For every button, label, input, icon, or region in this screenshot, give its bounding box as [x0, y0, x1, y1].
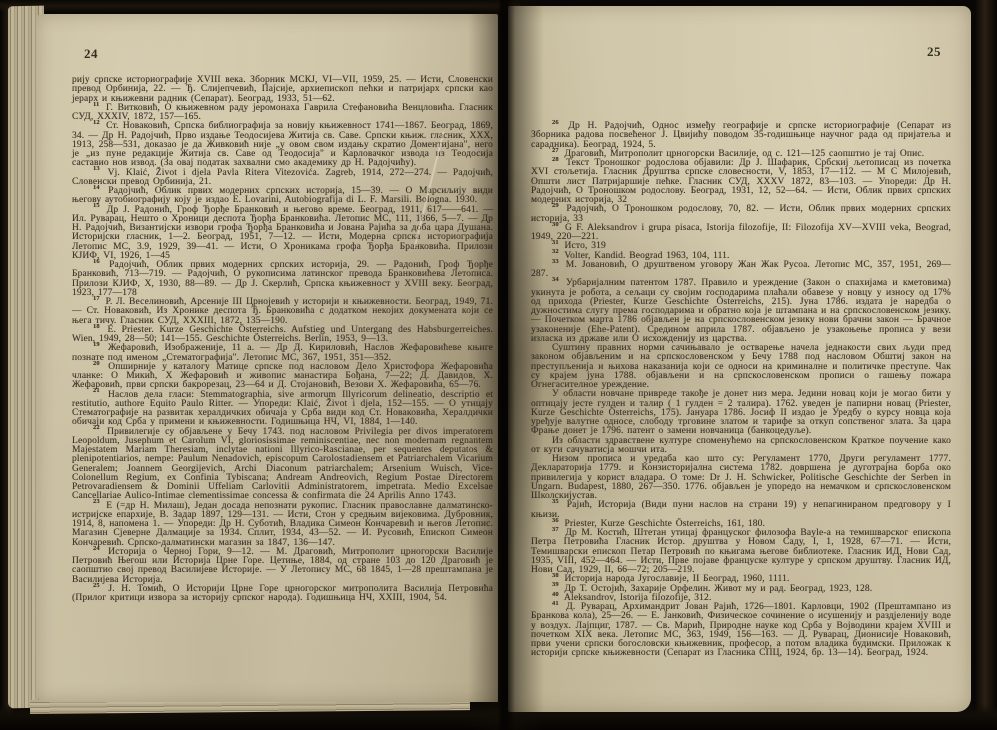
- footnote-number: 13: [93, 165, 100, 172]
- footnote-number: 16: [93, 258, 100, 265]
- book-cover-edge-right: [975, 0, 997, 730]
- footnote-paragraph: 33 М. Јовановић, О друштвеном уговору Жа…: [531, 261, 951, 280]
- footnote-number: 17: [93, 295, 100, 302]
- footnote-paragraph: 35 Рајић, Историја (Види пуни наслов на …: [531, 501, 951, 520]
- footnote-number: 24: [93, 545, 100, 552]
- footnote-paragraph: 21 Наслов дела гласи: Stemmatographia, s…: [72, 391, 493, 428]
- page-number-right: 25: [927, 44, 941, 60]
- footnote-number: 27: [552, 147, 559, 154]
- footnote-number: 36: [552, 517, 559, 524]
- body-paragraph: Суштину правних норми сачињавало је оств…: [531, 344, 951, 390]
- footnotes-column-right: 26 Др Н. Радојчић, Однос између географи…: [531, 122, 951, 659]
- footnote-number: 15: [93, 202, 100, 209]
- book-cover-edge-top: [0, 0, 520, 12]
- footnote-paragraph: 26 Др Н. Радојчић, Однос између географи…: [531, 122, 951, 150]
- footnote-number: 18: [93, 323, 100, 330]
- footnote-number: 25: [93, 582, 100, 589]
- body-paragraph: У области новчане привреде такође је дон…: [531, 390, 951, 436]
- footnote-paragraph: 37 Др М. Костић, Штетан утицај француско…: [531, 529, 951, 575]
- footnote-paragraph: 20 Опширније у каталогу Матице српске по…: [72, 363, 493, 391]
- footnote-paragraph: 23 Е (=др Н. Милаш), Један досада непозн…: [72, 502, 493, 548]
- footnote-number: 31: [552, 239, 559, 246]
- footnote-number: 35: [552, 498, 559, 505]
- page-number-left: 24: [84, 46, 98, 62]
- page-left: 24 рију српске историографије XVIII века…: [36, 14, 498, 702]
- footnote-paragraph: 11 Г. Витковић, О књижевном раду јеромон…: [72, 104, 493, 123]
- gutter-crease: [499, 0, 506, 730]
- footnote-paragraph: 18 E. Priester. Kurze Geschichte Österre…: [72, 326, 493, 345]
- footnote-number: 41: [552, 600, 559, 607]
- footnote-number: 38: [552, 572, 559, 579]
- footnote-number: 19: [93, 341, 100, 348]
- book-scan: 24 рију српске историографије XVIII века…: [0, 0, 997, 730]
- footnote-number: 40: [552, 591, 559, 598]
- footnote-number: 39: [552, 581, 559, 588]
- footnote-number: 14: [93, 184, 100, 191]
- footnote-number: 26: [552, 119, 559, 126]
- body-paragraph: рију српске историографије XVIII века. З…: [72, 76, 493, 104]
- footnote-number: 12: [93, 119, 100, 126]
- footnote-paragraph: 19 Жефаровић, Изображеније, 11 а. — Др Д…: [72, 344, 493, 363]
- footnote-paragraph: 41 Д. Руварац, Архимандрит Јован Рајић, …: [531, 603, 951, 659]
- body-paragraph: Из области здравствене културе споменуће…: [531, 437, 951, 456]
- body-paragraph: Низом прописа и уредаба као што су: Регу…: [531, 455, 951, 501]
- footnote-number: 20: [93, 360, 100, 367]
- footnote-paragraph: 29 Радојчић, О Троношком родослову, 70, …: [531, 205, 951, 224]
- footnote-number: 29: [552, 202, 559, 209]
- footnote-paragraph: 12 Ст. Новаковић, Српска библиографија з…: [72, 122, 493, 168]
- footnote-paragraph: 34 Урбаријалним патентом 1787. Правило и…: [531, 279, 951, 344]
- footnote-number: 28: [552, 156, 559, 163]
- footnotes-column-left: рију српске историографије XVIII века. З…: [72, 76, 493, 603]
- footnote-paragraph: 24 Историја о Черној Гори, 9—12. — М. Др…: [72, 548, 493, 585]
- footnote-number: 37: [552, 526, 559, 533]
- footnote-paragraph: 25 Ј. Н. Томић, О Историји Црне Горе црн…: [72, 585, 493, 604]
- page-right: 25 26 Др Н. Радојчић, Однос између геогр…: [508, 6, 971, 712]
- footnote-paragraph: 17 Р. Л. Веселиновић, Арсеније III Црној…: [72, 298, 493, 326]
- footnote-paragraph: 28 Текст Троношког родослова објавили: Д…: [531, 159, 951, 205]
- footnote-paragraph: 15 Др Ј. Радонић, Гроф Ђорђе Бранковић и…: [72, 206, 493, 262]
- footnote-number: 34: [552, 276, 559, 283]
- footnote-number: 30: [552, 221, 559, 228]
- footnote-number: 32: [552, 248, 559, 255]
- footnote-number: 22: [93, 424, 100, 431]
- footnote-number: 11: [93, 101, 99, 108]
- footnote-paragraph: 16 Радојчић, Облик првих модерних српски…: [72, 261, 493, 298]
- footnote-number: 33: [552, 258, 559, 265]
- footnote-number: 23: [93, 498, 100, 505]
- footnote-paragraph: 22 Привилегије су објављене у Бечу 1743.…: [72, 428, 493, 502]
- footnote-number: 21: [93, 387, 100, 394]
- footnote-paragraph: 30 G F. Aleksandrov i grupa pisaca, Isto…: [531, 224, 951, 243]
